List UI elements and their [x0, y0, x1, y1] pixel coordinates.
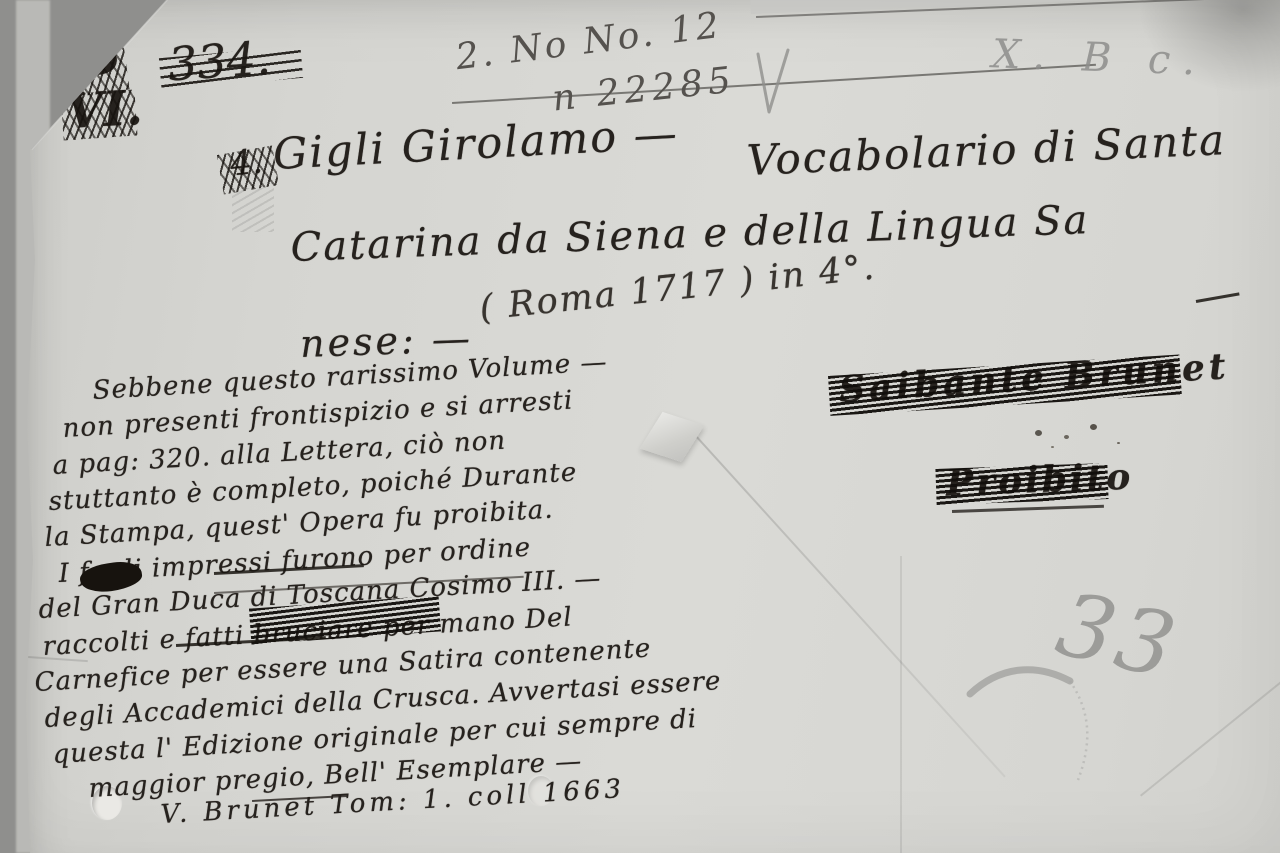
vertical-crease: [900, 556, 902, 853]
pencil-squiggle: [960, 636, 1130, 786]
ink-spatter-dots: [1035, 430, 1042, 436]
underline-proibito: [952, 505, 1104, 513]
shelfmark-number: n 22285: [551, 62, 738, 117]
scan-background: B 334. VI. 2. No No. 12 n 22285 X. B c. …: [0, 0, 1280, 853]
manuscript-paper: B 334. VI. 2. No No. 12 n 22285 X. B c. …: [0, 0, 1280, 853]
scribble-over-vi: [60, 89, 137, 140]
pencil-checkmark-icon: [752, 48, 796, 122]
author-name: Gigli Girolamo —: [272, 113, 680, 177]
pencil-smudge: [232, 188, 274, 232]
title-part1: Vocabolario di Santa: [746, 119, 1227, 182]
title-line2: Catarina da Siena e della Lingua Sa: [290, 200, 1090, 268]
scribble-over-proibito: [935, 463, 1108, 505]
hyphen-dash: [1196, 292, 1240, 303]
pencil-classmark: X. B c.: [991, 34, 1207, 81]
paper-tear-flap: [640, 412, 705, 462]
